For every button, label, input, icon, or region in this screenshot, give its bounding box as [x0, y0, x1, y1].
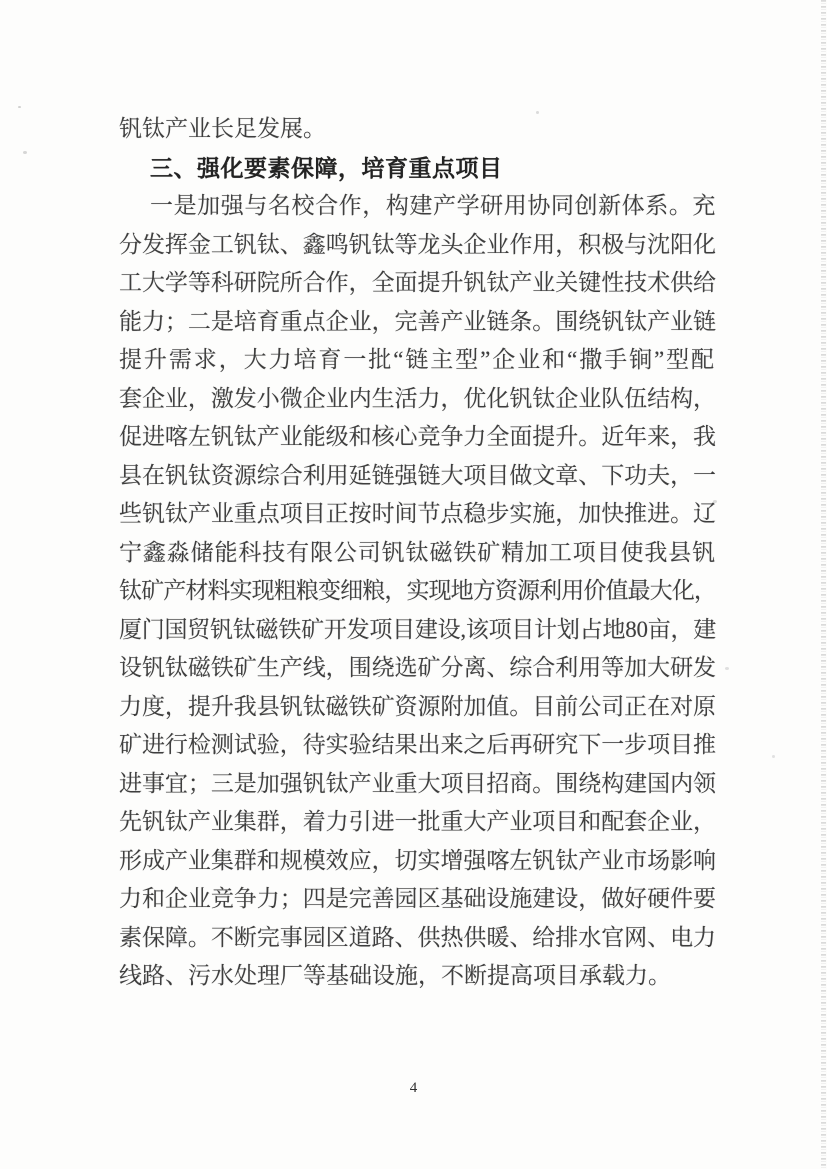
text-line: 形成产业集群和规模效应，切实增强喀左钒钛产业市场影响 — [119, 842, 716, 881]
text-line: 厦门国贸钒钛磁铁矿开发项目建设,该项目计划占地80亩，建 — [119, 611, 716, 650]
document-page: 钒钛产业长足发展。三、强化要素保障，培育重点项目一是加强与名校合作，构建产学研用… — [0, 0, 827, 1169]
text-line: 宁鑫淼储能科技有限公司钒钛磁铁矿精加工项目使我县钒 — [119, 534, 716, 573]
text-line: 一是加强与名校合作，构建产学研用协同创新体系。充 — [119, 187, 716, 226]
scan-speck — [536, 111, 539, 114]
text-line: 钒钛产业长足发展。 — [119, 110, 716, 149]
text-line: 促进喀左钒钛产业能级和核心竞争力全面提升。近年来，我 — [119, 418, 716, 457]
text-line: 套企业，激发小微企业内生活力，优化钒钛企业队伍结构， — [119, 380, 716, 419]
page-number: 4 — [0, 1080, 827, 1097]
text-line: 设钒钛磁铁矿生产线，围绕选矿分离、综合利用等加大研发 — [119, 649, 716, 688]
text-line: 能力；二是培育重点企业，完善产业链条。围绕钒钛产业链 — [119, 303, 716, 342]
text-line: 力和企业竞争力；四是完善园区基础设施建设，做好硬件要 — [119, 880, 716, 919]
document-body: 钒钛产业长足发展。三、强化要素保障，培育重点项目一是加强与名校合作，构建产学研用… — [119, 110, 716, 996]
scan-speck — [23, 151, 27, 154]
scan-speck — [725, 667, 729, 670]
section-heading: 三、强化要素保障，培育重点项目 — [119, 149, 716, 188]
text-line: 县在钒钛资源综合利用延链强链大项目做文章、下功夫，一 — [119, 457, 716, 496]
text-line: 钛矿产材料实现粗粮变细粮，实现地方资源利用价值最大化， — [119, 572, 716, 611]
text-line: 线路、污水处理厂等基础设施，不断提高项目承载力。 — [119, 957, 716, 996]
scan-speck — [772, 755, 775, 758]
text-line: 些钒钛产业重点项目正按时间节点稳步实施，加快推进。辽 — [119, 495, 716, 534]
text-line: 素保障。不断完事园区道路、供热供暖、给排水官网、电力 — [119, 919, 716, 958]
scan-speck — [18, 106, 21, 108]
scan-speck — [713, 500, 717, 503]
text-line: 先钒钛产业集群，着力引进一批重大产业项目和配套企业， — [119, 803, 716, 842]
text-line: 进事宜；三是加强钒钛产业重大项目招商。围绕构建国内领 — [119, 765, 716, 804]
text-line: 提升需求，大力培育一批“链主型”企业和“撒手锏”型配 — [119, 341, 716, 380]
text-line: 力度，提升我县钒钛磁铁矿资源附加值。目前公司正在对原 — [119, 688, 716, 727]
scan-edge-noise — [821, 0, 826, 1169]
text-line: 矿进行检测试验，待实验结果出来之后再研究下一步项目推 — [119, 726, 716, 765]
text-line: 工大学等科研院所合作，全面提升钒钛产业关键性技术供给 — [119, 264, 716, 303]
text-line: 分发挥金工钒钛、鑫鸣钒钛等龙头企业作用，积极与沈阳化 — [119, 226, 716, 265]
